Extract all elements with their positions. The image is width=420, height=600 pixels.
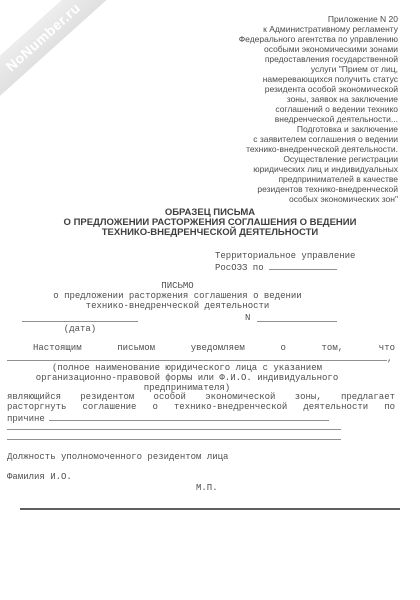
addressee-blank-field: [269, 261, 337, 270]
blank-field-line: [7, 421, 341, 430]
addressee-line: Территориальное управление: [215, 251, 355, 261]
number-blank-field: [257, 313, 337, 322]
body-line-terminate: расторгнуть соглашение о технико-внедрен…: [7, 402, 395, 412]
regulation-note-line: технико-внедренческой деятельности.: [239, 144, 398, 154]
number-label: N: [245, 313, 250, 323]
regulation-note-line: зоны, заявок на заключение: [239, 94, 398, 104]
regulation-note-line: внедренческой деятельности...: [239, 114, 398, 124]
regulation-note-line: соглашений о ведении технико: [239, 104, 398, 114]
regulation-note-line: предоставления государственной: [239, 54, 398, 64]
regulation-note-line: с заявителем соглашения о ведении: [239, 134, 398, 144]
regulation-note-line: намеревающихся получить статус: [239, 74, 398, 84]
regulation-note-line: Федерального агентства по управлению: [239, 34, 398, 44]
regulation-note-line: Приложение N 20: [239, 14, 398, 24]
signature-position-label: Должность уполномоченного резидентом лиц…: [7, 452, 228, 462]
letter-heading-line: о предложении расторжения соглашения о в…: [0, 291, 355, 301]
field-explanation-line: (полное наименование юридического лица с…: [7, 363, 367, 373]
date-blank-field: [22, 313, 138, 322]
regulation-note-line: юридических лиц и индивидуальных: [239, 164, 398, 174]
footer-separator: [20, 508, 400, 510]
date-caption: (дата): [22, 324, 138, 334]
blank-field-line: [7, 352, 387, 361]
signature-name-label: Фамилия И.О.: [7, 472, 72, 482]
body-line-resident: являющийся резидентом особой экономическ…: [7, 392, 395, 402]
page-title-line: ТЕХНИКО-ВНЕДРЕНЧЕСКОЙ ДЕЯТЕЛЬНОСТИ: [0, 228, 420, 238]
comma-suffix: ,: [387, 354, 392, 364]
blank-field-line: [7, 431, 341, 440]
regulation-note-line: к Административному регламенту: [239, 24, 398, 34]
regulation-note-line: предпринимателей в качестве: [239, 174, 398, 184]
document-page: NoNumber.ru Приложение N 20 к Администра…: [0, 0, 420, 600]
regulation-note-line: Подготовка и заключение: [239, 124, 398, 134]
page-title: ОБРАЗЕЦ ПИСЬМА О ПРЕДЛОЖЕНИИ РАСТОРЖЕНИЯ…: [0, 208, 420, 238]
letter-heading: ПИСЬМО о предложении расторжения соглаше…: [0, 281, 355, 311]
regulation-note: Приложение N 20 к Административному регл…: [239, 14, 398, 204]
field-explanation-line: организационно-правовой формы или Ф.И.О.…: [7, 373, 367, 383]
regulation-note-line: резидентов технико-внедренческой: [239, 184, 398, 194]
addressee-block: Территориальное управление РосОЭЗ по: [215, 251, 355, 273]
watermark-ribbon: NoNumber.ru: [0, 0, 116, 105]
letter-heading-line: технико-внедренческой деятельности: [0, 301, 355, 311]
regulation-note-line: особыми экономическими зонами: [239, 44, 398, 54]
watermark-text: NoNumber.ru: [3, 0, 84, 74]
seal-mark-label: М.П.: [196, 483, 218, 493]
addressee-office-label: РосОЭЗ по: [215, 263, 264, 273]
regulation-note-line: услуги "Прием от лиц,: [239, 64, 398, 74]
regulation-note-line: резидента особой экономической: [239, 84, 398, 94]
field-explanation: (полное наименование юридического лица с…: [7, 363, 367, 393]
regulation-note-line: особых экономических зон": [239, 194, 398, 204]
reason-blank-field: [49, 412, 329, 421]
regulation-note-line: Осуществление регистрации: [239, 154, 398, 164]
addressee-line: РосОЭЗ по: [215, 261, 355, 273]
letter-heading-line: ПИСЬМО: [0, 281, 355, 291]
